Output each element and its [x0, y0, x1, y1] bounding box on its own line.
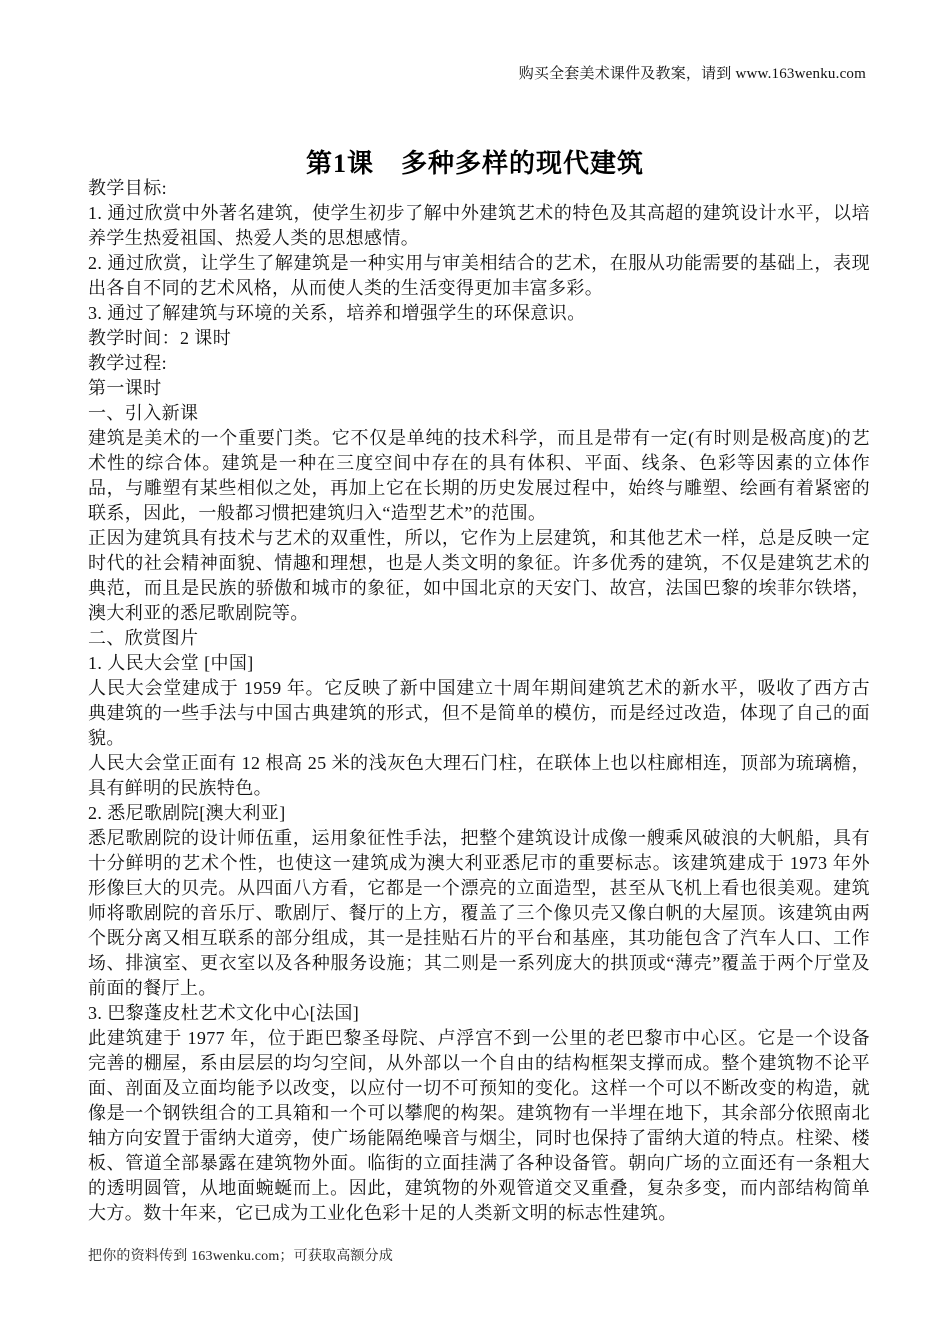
section-2-heading: 二、欣赏图片 — [88, 626, 870, 651]
intro-paragraph-1: 建筑是美术的一个重要门类。它不仅是单纯的技术科学，而且是带有一定(有时则是极高度… — [88, 426, 870, 526]
goal-item-2: 2. 通过欣赏，让学生了解建筑是一种实用与审美相结合的艺术，在服从功能需要的基础… — [88, 251, 870, 301]
header-promo-text: 购买全套美术课件及教案，请到 www.163wenku.com — [519, 62, 866, 83]
goal-item-3: 3. 通过了解建筑与环境的关系，培养和增强学生的环保意识。 — [88, 301, 870, 326]
artwork-1-paragraph-2: 人民大会堂正面有 12 根高 25 米的浅灰色大理石门柱，在联体上也以柱廊相连，… — [88, 751, 870, 801]
goal-item-1: 1. 通过欣赏中外著名建筑，使学生初步了解中外建筑艺术的特色及其高超的建筑设计水… — [88, 201, 870, 251]
footer-promo-text: 把你的资料传到 163wenku.com；可获取高额分成 — [88, 1245, 393, 1265]
artwork-2-heading: 2. 悉尼歌剧院[澳大利亚] — [88, 801, 870, 826]
artwork-1-paragraph-1: 人民大会堂建成于 1959 年。它反映了新中国建立十周年期间建筑艺术的新水平，吸… — [88, 676, 870, 751]
section-1-heading: 一、引入新课 — [88, 401, 870, 426]
artwork-3-heading: 3. 巴黎蓬皮杜艺术文化中心[法国] — [88, 1001, 870, 1026]
document-body: 教学目标: 1. 通过欣赏中外著名建筑，使学生初步了解中外建筑艺术的特色及其高超… — [88, 176, 870, 1226]
artwork-3-paragraph: 此建筑建于 1977 年，位于距巴黎圣母院、卢浮宫不到一公里的老巴黎市中心区。它… — [88, 1026, 870, 1226]
teaching-process-label: 教学过程: — [88, 351, 870, 376]
document-page: 购买全套美术课件及教案，请到 www.163wenku.com 第1课 多种多样… — [0, 0, 950, 1344]
intro-paragraph-2: 正因为建筑具有技术与艺术的双重性，所以，它作为上层建筑，和其他艺术一样，总是反映… — [88, 526, 870, 626]
page-title: 第1课 多种多样的现代建筑 — [0, 143, 950, 180]
artwork-1-heading: 1. 人民大会堂 [中国] — [88, 651, 870, 676]
first-period-heading: 第一课时 — [88, 376, 870, 401]
teaching-goals-label: 教学目标: — [88, 176, 870, 201]
teaching-time-line: 教学时间：2 课时 — [88, 326, 870, 351]
artwork-2-paragraph: 悉尼歌剧院的设计师伍重，运用象征性手法，把整个建筑设计成像一艘乘风破浪的大帆船，… — [88, 826, 870, 1001]
